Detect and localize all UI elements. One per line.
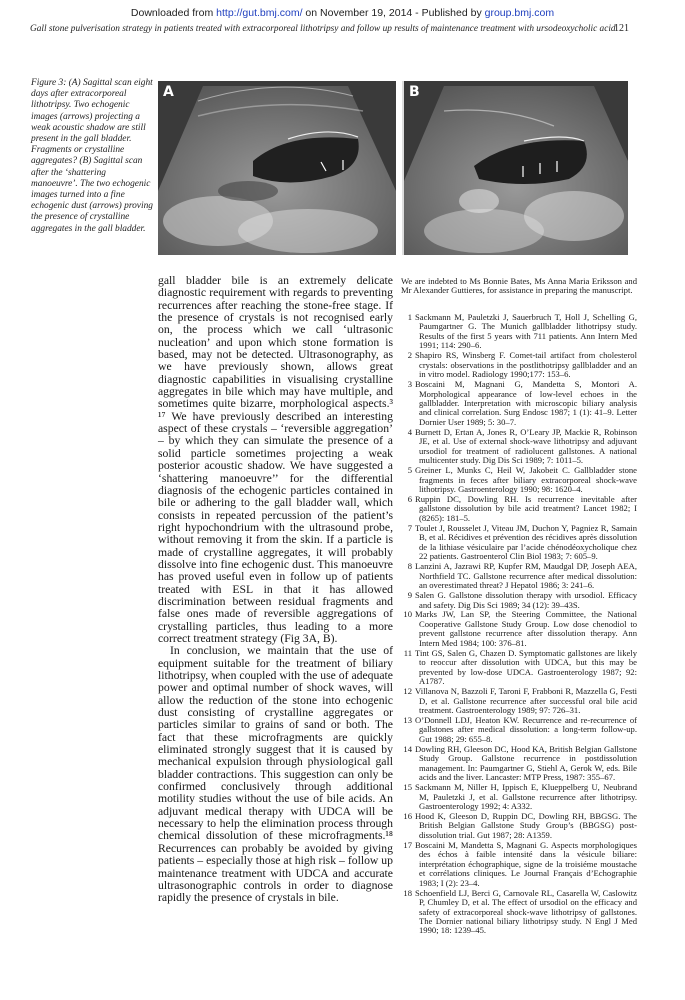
reference-item: 11Tint GS, Salen G, Chazen D. Symptomati… (401, 649, 637, 687)
reference-item: 9Salen G. Gallstone dissolution therapy … (401, 591, 637, 610)
reference-item: 8Lanzini A, Jazrawi RP, Kupfer RM, Maudg… (401, 562, 637, 590)
ultrasound-scan-graphic (404, 81, 628, 255)
reference-item: 16Hood K, Gleeson D, Ruppin DC, Dowling … (401, 812, 637, 840)
reference-item: 13O’Donnell LDJ, Heaton KW. Recurrence a… (401, 716, 637, 744)
reference-item: 15Sackmann M, Niller H, Ippisch E, Kluep… (401, 783, 637, 811)
download-middle: on November 19, 2014 - Published by (303, 7, 485, 19)
reference-item: 17Boscaini M, Mandetta S, Magnani G. Asp… (401, 841, 637, 888)
body-text-column: gall bladder bile is an extremely delica… (158, 275, 393, 905)
page-number: 121 (614, 23, 629, 34)
reference-item: 2Shapiro RS, Winsberg F. Comet-tail arti… (401, 351, 637, 379)
references-column: We are indebted to Ms Bonnie Bates, Ms A… (401, 277, 637, 936)
ultrasound-image-a: A (158, 81, 396, 255)
ultrasound-scan-graphic (158, 81, 396, 255)
acknowledgement: We are indebted to Ms Bonnie Bates, Ms A… (401, 277, 637, 296)
running-head: Gall stone pulverisation strategy in pat… (30, 24, 590, 34)
download-prefix: Downloaded from (131, 7, 216, 19)
reference-item: 1Sackmann M, Pauletzki J, Sauerbruch T, … (401, 313, 637, 351)
reference-item: 12Villanova N, Bazzoli F, Taroni F, Frab… (401, 687, 637, 715)
download-banner: Downloaded from http://gut.bmj.com/ on N… (0, 7, 685, 19)
panel-label: B (409, 84, 420, 100)
figure-caption: Figure 3: (A) Sagittal scan eight days a… (31, 78, 155, 235)
reference-item: 14Dowling RH, Gleeson DC, Hood KA, Briti… (401, 745, 637, 783)
reference-item: 18Schoenfield LJ, Berci G, Carnovale RL,… (401, 889, 637, 936)
journal-link[interactable]: http://gut.bmj.com/ (216, 7, 302, 19)
panel-label: A (163, 84, 174, 100)
body-paragraph: In conclusion, we maintain that the use … (158, 645, 393, 904)
reference-item: 5Greiner L, Munks C, Heil W, Jakobeit C.… (401, 466, 637, 494)
reference-item: 7Toulet J, Rousselet J, Viteau JM, Ducho… (401, 524, 637, 562)
reference-item: 4Burnett D, Ertan A, Jones R, O’Leary JP… (401, 428, 637, 466)
body-paragraph: gall bladder bile is an extremely delica… (158, 275, 393, 645)
reference-list: 1Sackmann M, Pauletzki J, Sauerbruch T, … (401, 313, 637, 936)
reference-item: 10Marks JW, Lan SP, the Steering Committ… (401, 610, 637, 648)
publisher-link[interactable]: group.bmj.com (485, 7, 554, 19)
reference-item: 6Ruppin DC, Dowling RH. Is recurrence in… (401, 495, 637, 523)
reference-item: 3Boscaini M, Magnani G, Mandetta S, Mont… (401, 380, 637, 427)
ultrasound-image-b: B (402, 81, 628, 255)
